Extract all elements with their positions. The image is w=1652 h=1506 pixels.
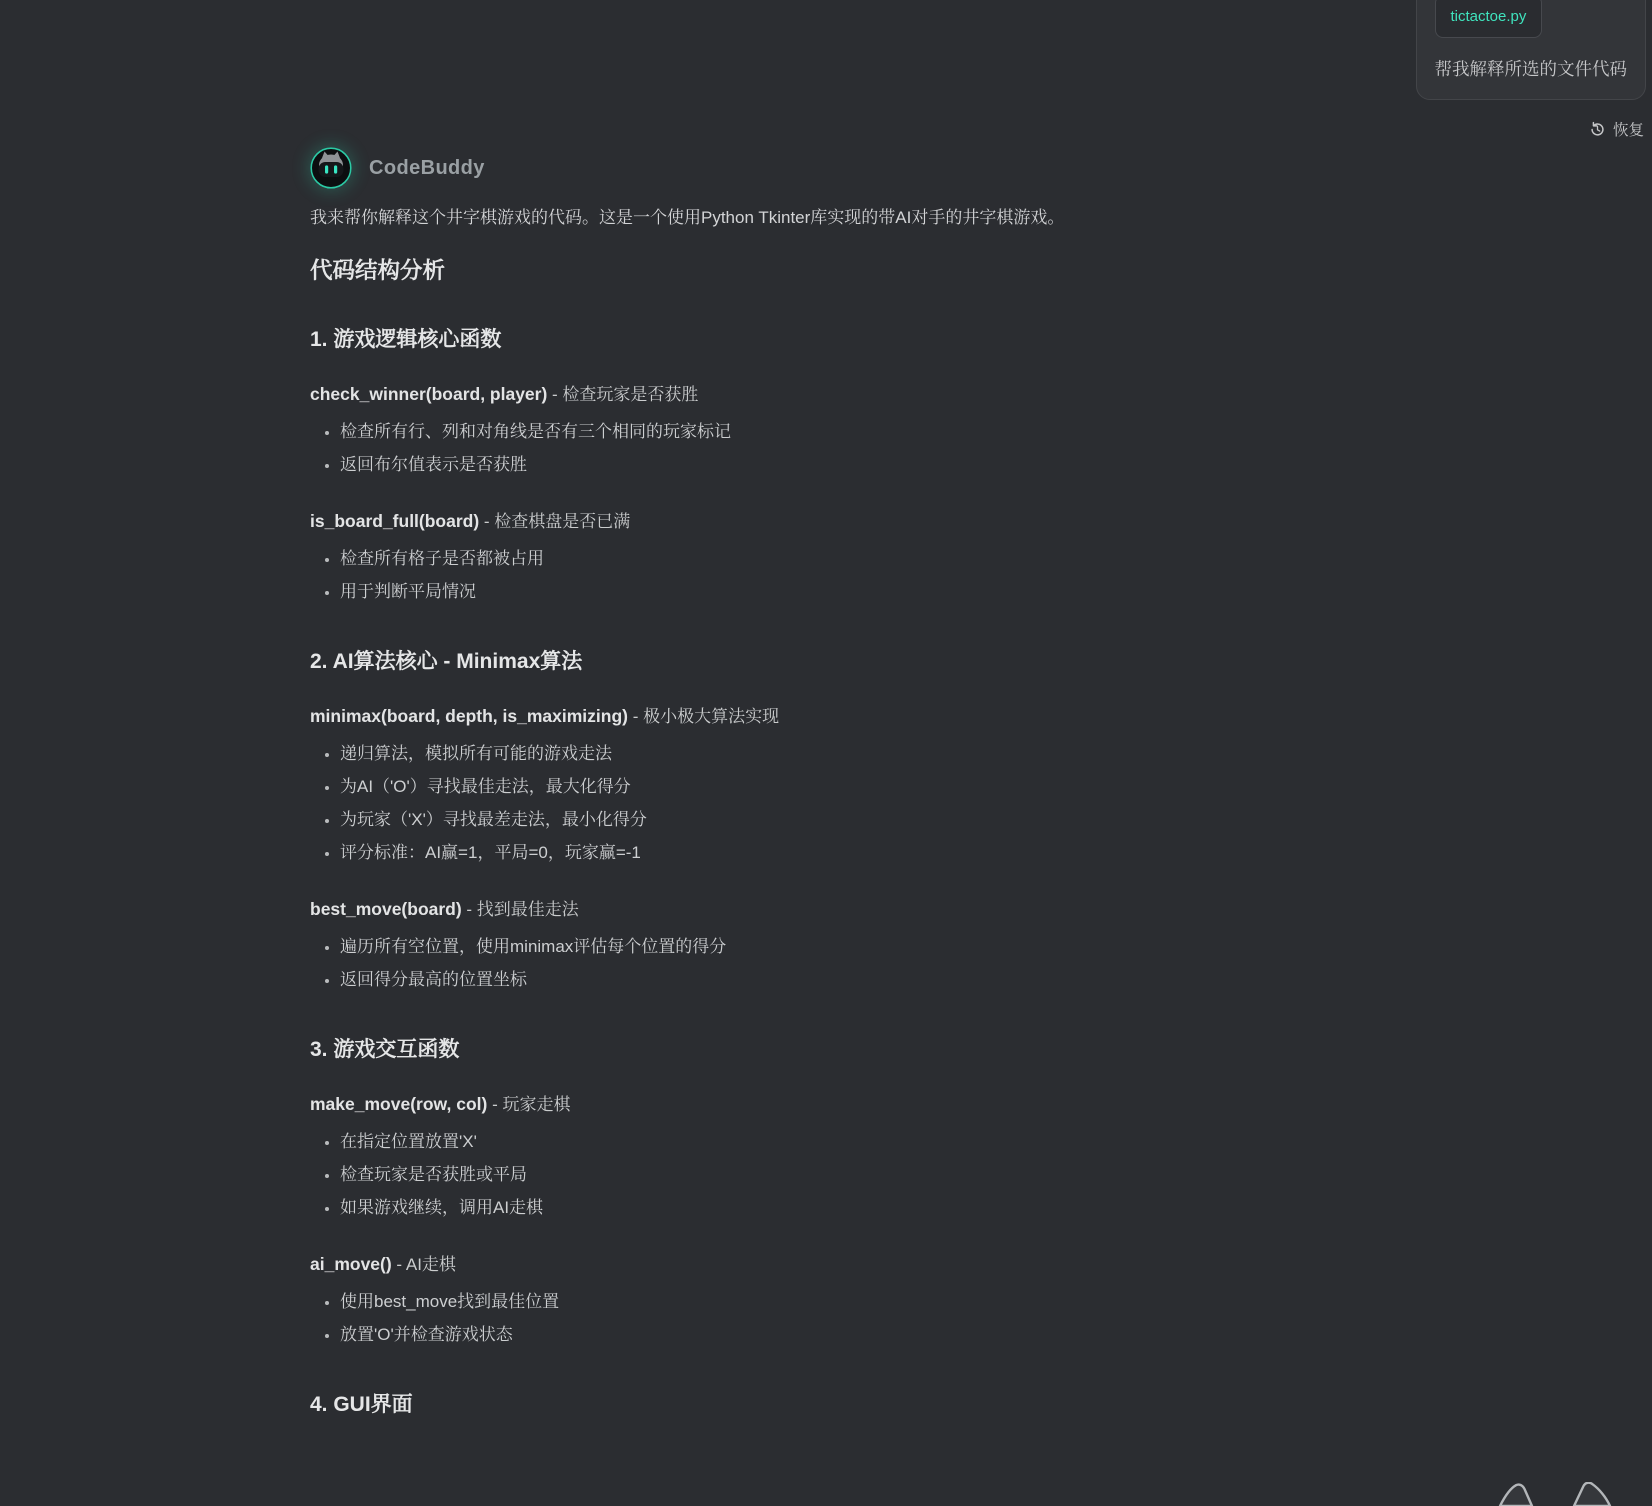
function-signature: ai_move() [310, 1254, 392, 1274]
function-signature: best_move(board) [310, 899, 462, 919]
bullet-list: 递归算法，模拟所有可能的游戏走法 为AI（'O'）寻找最佳走法，最大化得分 为玩… [310, 737, 1390, 869]
list-item: 检查所有行、列和对角线是否有三个相同的玩家标记 [340, 415, 1390, 448]
function-desc: - 检查棋盘是否已满 [479, 512, 630, 531]
list-item: 如果游戏继续，调用AI走棋 [340, 1191, 1390, 1224]
list-item: 检查所有格子是否都被占用 [340, 542, 1390, 575]
list-item: 评分标准：AI赢=1，平局=0，玩家赢=-1 [340, 836, 1390, 869]
list-item: 返回得分最高的位置坐标 [340, 963, 1390, 996]
list-item: 返回布尔值表示是否获胜 [340, 448, 1390, 481]
bullet-list: 遍历所有空位置，使用minimax评估每个位置的得分 返回得分最高的位置坐标 [310, 930, 1390, 996]
user-message-bubble: tictactoe.py 帮我解释所选的文件代码 [1416, 0, 1647, 100]
restore-label: 恢复 [1613, 118, 1644, 140]
cat-ears-peek-icon[interactable] [1496, 1482, 1626, 1506]
section-4-title: 4. GUI界面 [310, 1391, 1390, 1419]
list-item: 用于判断平局情况 [340, 575, 1390, 608]
list-item: 在指定位置放置'X' [340, 1125, 1390, 1158]
list-item: 使用best_move找到最佳位置 [340, 1285, 1390, 1318]
section-2-title: 2. AI算法核心 - Minimax算法 [310, 648, 1390, 676]
function-desc: - 玩家走棋 [487, 1095, 570, 1114]
list-item: 为玩家（'X'）寻找最差走法，最小化得分 [340, 803, 1390, 836]
file-chip-tictactoe[interactable]: tictactoe.py [1435, 0, 1543, 38]
function-is-board-full: is_board_full(board) - 检查棋盘是否已满 [310, 509, 1390, 534]
restore-icon [1589, 121, 1606, 138]
user-message-text: 帮我解释所选的文件代码 [1435, 56, 1628, 81]
function-ai-move: ai_move() - AI走棋 [310, 1252, 1390, 1277]
function-signature: make_move(row, col) [310, 1094, 487, 1114]
function-desc: - 极小极大算法实现 [628, 707, 779, 726]
function-check-winner: check_winner(board, player) - 检查玩家是否获胜 [310, 382, 1390, 407]
list-item: 递归算法，模拟所有可能的游戏走法 [340, 737, 1390, 770]
function-make-move: make_move(row, col) - 玩家走棋 [310, 1092, 1390, 1117]
function-best-move: best_move(board) - 找到最佳走法 [310, 897, 1390, 922]
function-desc: - 检查玩家是否获胜 [547, 385, 698, 404]
bullet-list: 检查所有格子是否都被占用 用于判断平局情况 [310, 542, 1390, 608]
assistant-message: CodeBuddy 我来帮你解释这个井字棋游戏的代码。这是一个使用Python … [310, 146, 1390, 1419]
bullet-list: 检查所有行、列和对角线是否有三个相同的玩家标记 返回布尔值表示是否获胜 [310, 415, 1390, 481]
assistant-name: CodeBuddy [369, 157, 485, 180]
list-item: 遍历所有空位置，使用minimax评估每个位置的得分 [340, 930, 1390, 963]
list-item: 为AI（'O'）寻找最佳走法，最大化得分 [340, 770, 1390, 803]
codebuddy-avatar-icon [310, 147, 352, 189]
section-3-title: 3. 游戏交互函数 [310, 1036, 1390, 1064]
heading-code-structure: 代码结构分析 [310, 256, 1390, 286]
assistant-header: CodeBuddy [310, 146, 1390, 190]
bullet-list: 在指定位置放置'X' 检查玩家是否获胜或平局 如果游戏继续，调用AI走棋 [310, 1125, 1390, 1224]
function-minimax: minimax(board, depth, is_maximizing) - 极… [310, 704, 1390, 729]
function-desc: - 找到最佳走法 [462, 900, 579, 919]
function-signature: is_board_full(board) [310, 511, 479, 531]
bullet-list: 使用best_move找到最佳位置 放置'O'并检查游戏状态 [310, 1285, 1390, 1351]
function-signature: minimax(board, depth, is_maximizing) [310, 706, 628, 726]
intro-paragraph: 我来帮你解释这个井字棋游戏的代码。这是一个使用Python Tkinter库实现… [310, 206, 1390, 230]
section-1-title: 1. 游戏逻辑核心函数 [310, 326, 1390, 354]
restore-button[interactable]: 恢复 [1589, 118, 1644, 140]
function-desc: - AI走棋 [392, 1255, 456, 1274]
list-item: 放置'O'并检查游戏状态 [340, 1318, 1390, 1351]
function-signature: check_winner(board, player) [310, 384, 547, 404]
list-item: 检查玩家是否获胜或平局 [340, 1158, 1390, 1191]
